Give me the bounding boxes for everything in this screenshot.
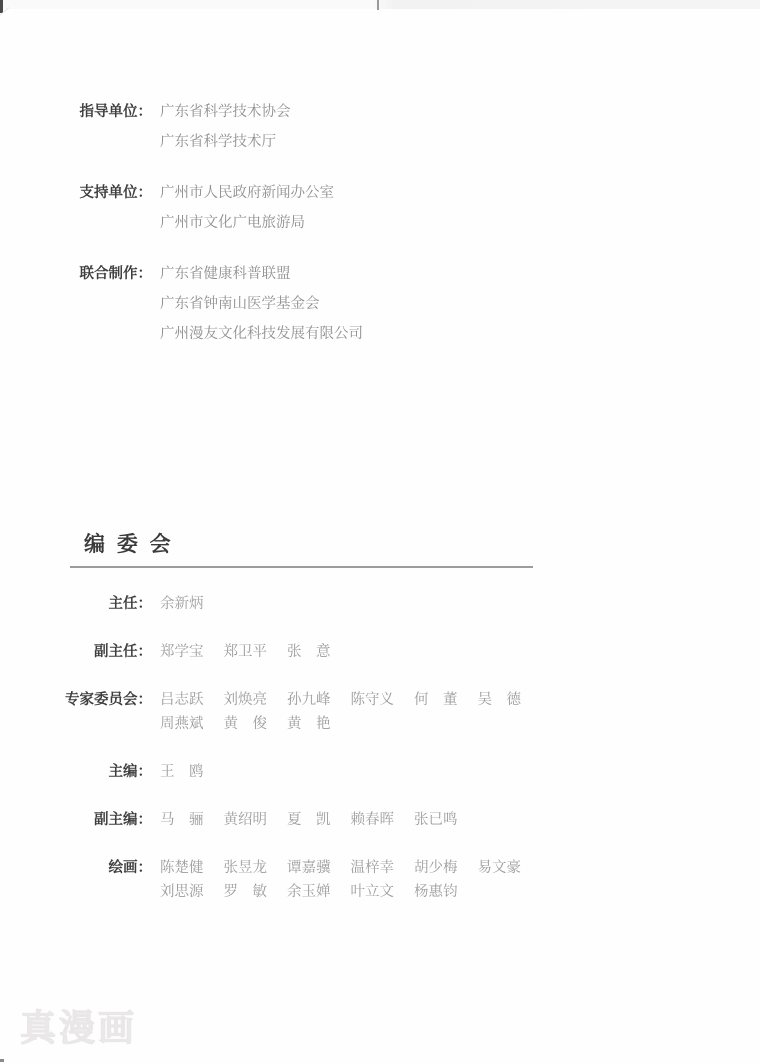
- person-name: 夏 凯: [287, 808, 331, 832]
- committee-row-names: 郑学宝郑卫平张 意: [160, 640, 351, 664]
- name-line: 马 骊黄绍明夏 凯赖春晖张已鸣: [160, 808, 478, 832]
- person-name: 周燕斌: [160, 712, 204, 736]
- scan-tick-top-middle: [377, 0, 379, 10]
- watermark-text: 真漫画: [20, 1000, 137, 1051]
- name-line: 吕志跃刘焕亮孙九峰陈守义何 董吴 德: [160, 688, 541, 712]
- name-line: 刘思源罗 敏余玉婵叶立文杨惠钧: [160, 880, 541, 904]
- credit-lines: 广州市人民政府新闻办公室广州市文化广电旅游局: [160, 178, 334, 238]
- committee-row: 绘画： 陈楚健张昱龙谭嘉骥温梓幸胡少梅易文豪刘思源罗 敏余玉婵叶立文杨惠钧: [0, 856, 620, 904]
- credit-row: 联合制作： 广东省健康科普联盟广东省钟南山医学基金会广州漫友文化科技发展有限公司: [0, 259, 620, 349]
- person-name: 张昱龙: [224, 856, 268, 880]
- credit-row: 指导单位： 广东省科学技术协会广东省科学技术厅: [0, 97, 620, 157]
- person-name: 张已鸣: [414, 808, 458, 832]
- person-name: 余玉婵: [287, 880, 331, 904]
- committee-row-label: 副主任：: [0, 640, 152, 664]
- committee-row-names: 吕志跃刘焕亮孙九峰陈守义何 董吴 德周燕斌黄 俊黄 艳: [160, 688, 541, 736]
- person-name: 赖春晖: [351, 808, 395, 832]
- scan-tick-bottom-left: [0, 1059, 4, 1062]
- credit-line: 广东省健康科普联盟: [160, 259, 363, 289]
- committee-row-names: 余新炳: [160, 592, 224, 616]
- person-name: 刘焕亮: [224, 688, 268, 712]
- person-name: 孙九峰: [287, 688, 331, 712]
- committee-row-label: 主任：: [0, 592, 152, 616]
- committee-row: 副主编： 马 骊黄绍明夏 凯赖春晖张已鸣: [0, 808, 620, 832]
- committee-row: 主任： 余新炳: [0, 592, 620, 616]
- person-name: 黄 艳: [287, 712, 331, 736]
- committee-heading: 编 委 会: [84, 533, 620, 557]
- committee-row-label: 绘画：: [0, 856, 152, 904]
- name-line: 周燕斌黄 俊黄 艳: [160, 712, 541, 736]
- name-line: 王 鸥: [160, 760, 224, 784]
- person-name: 郑卫平: [224, 640, 268, 664]
- committee-row-names: 陈楚健张昱龙谭嘉骥温梓幸胡少梅易文豪刘思源罗 敏余玉婵叶立文杨惠钧: [160, 856, 541, 904]
- scan-top-band: [0, 0, 760, 9]
- credit-line: 广东省科学技术厅: [160, 127, 291, 157]
- credits-section: 指导单位： 广东省科学技术协会广东省科学技术厅 支持单位： 广州市人民政府新闻办…: [0, 97, 620, 370]
- name-line: 陈楚健张昱龙谭嘉骥温梓幸胡少梅易文豪: [160, 856, 541, 880]
- credit-label: 指导单位：: [0, 97, 152, 157]
- committee-row-names: 马 骊黄绍明夏 凯赖春晖张已鸣: [160, 808, 478, 832]
- credit-lines: 广东省科学技术协会广东省科学技术厅: [160, 97, 291, 157]
- person-name: 余新炳: [160, 592, 204, 616]
- credit-line: 广东省科学技术协会: [160, 97, 291, 127]
- person-name: 王 鸥: [160, 760, 204, 784]
- name-line: 郑学宝郑卫平张 意: [160, 640, 351, 664]
- committee-row-names: 王 鸥: [160, 760, 224, 784]
- committee-section: 编 委 会 主任： 余新炳 副主任： 郑学宝郑卫平张 意 专家委员会： 吕志跃刘…: [0, 533, 620, 928]
- committee-row: 主编： 王 鸥: [0, 760, 620, 784]
- person-name: 叶立文: [351, 880, 395, 904]
- person-name: 何 董: [414, 688, 458, 712]
- credit-line: 广州漫友文化科技发展有限公司: [160, 319, 363, 349]
- credit-line: 广州市人民政府新闻办公室: [160, 178, 334, 208]
- person-name: 张 意: [287, 640, 331, 664]
- page-curl-mark: [0, 7, 18, 27]
- committee-row: 专家委员会： 吕志跃刘焕亮孙九峰陈守义何 董吴 德周燕斌黄 俊黄 艳: [0, 688, 620, 736]
- committee-row: 副主任： 郑学宝郑卫平张 意: [0, 640, 620, 664]
- person-name: 谭嘉骥: [287, 856, 331, 880]
- heading-rule: [70, 566, 533, 568]
- committee-row-label: 副主编：: [0, 808, 152, 832]
- committee-row-label: 专家委员会：: [0, 688, 152, 736]
- committee-row-label: 主编：: [0, 760, 152, 784]
- credit-label: 支持单位：: [0, 178, 152, 238]
- person-name: 吕志跃: [160, 688, 204, 712]
- person-name: 温梓幸: [351, 856, 395, 880]
- person-name: 郑学宝: [160, 640, 204, 664]
- person-name: 黄 俊: [224, 712, 268, 736]
- person-name: 陈楚健: [160, 856, 204, 880]
- person-name: 杨惠钧: [414, 880, 458, 904]
- person-name: 易文豪: [478, 856, 522, 880]
- person-name: 黄绍明: [224, 808, 268, 832]
- person-name: 胡少梅: [414, 856, 458, 880]
- credit-lines: 广东省健康科普联盟广东省钟南山医学基金会广州漫友文化科技发展有限公司: [160, 259, 363, 349]
- credit-line: 广东省钟南山医学基金会: [160, 289, 363, 319]
- person-name: 罗 敏: [224, 880, 268, 904]
- credit-label: 联合制作：: [0, 259, 152, 349]
- committee-rows: 主任： 余新炳 副主任： 郑学宝郑卫平张 意 专家委员会： 吕志跃刘焕亮孙九峰陈…: [0, 592, 620, 904]
- person-name: 马 骊: [160, 808, 204, 832]
- person-name: 刘思源: [160, 880, 204, 904]
- person-name: 陈守义: [351, 688, 395, 712]
- name-line: 余新炳: [160, 592, 224, 616]
- credit-row: 支持单位： 广州市人民政府新闻办公室广州市文化广电旅游局: [0, 178, 620, 238]
- credit-line: 广州市文化广电旅游局: [160, 208, 334, 238]
- person-name: 吴 德: [478, 688, 522, 712]
